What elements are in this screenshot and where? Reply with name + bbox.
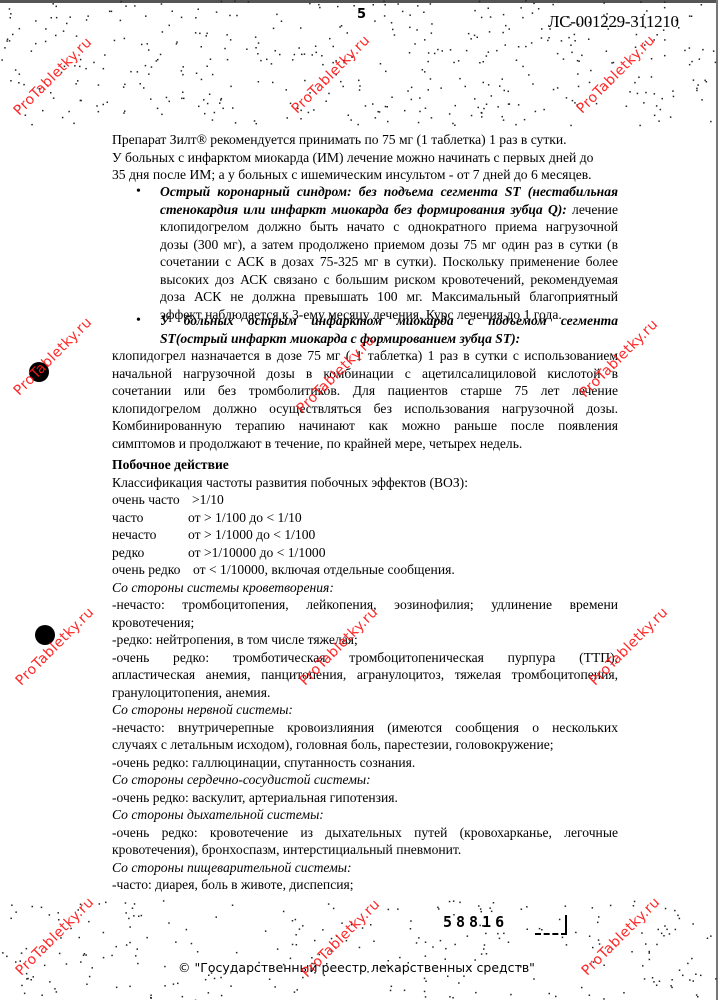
frequency-row: очень часто>1/10 <box>112 491 618 509</box>
watermark-text: ProTabletky.ru <box>11 314 96 399</box>
stemi-line: начальной нагрузочной дозы в комбинации … <box>112 365 618 383</box>
frequency-row: нечастоот > 1/1000 до < 1/100 <box>112 526 618 544</box>
effect-line: -очень редко: васкулит, артериальная гип… <box>112 789 618 807</box>
bullet-title: У больных острым инфарктом миокарда с по… <box>160 312 618 330</box>
frequency-value: от < 1/10000, включая отдельные сообщени… <box>193 561 455 579</box>
stemi-line: клопидогрелом должно осуществляться без … <box>112 400 618 418</box>
frequency-row: частоот > 1/100 до < 1/10 <box>112 509 618 527</box>
frequency-label: очень часто <box>112 491 192 509</box>
bullet-text: доза АСК не должна превышать 100 мг. Мак… <box>160 288 618 306</box>
frequency-table: очень часто>1/10частоот > 1/100 до < 1/1… <box>112 491 618 579</box>
section-heading: Побочное действие <box>112 456 618 474</box>
bullet-acs-no-st: • Острый коронарный синдром: без подъема… <box>160 183 618 323</box>
frequency-label: часто <box>112 509 188 527</box>
effect-line: -очень редко: кровотечение из дыхательны… <box>112 824 618 842</box>
bullet-title: стенокардия или инфаркт миокарда без фор… <box>160 202 567 217</box>
registration-number: ЛС-001229-311210 <box>548 12 679 32</box>
stamp-number: 58816 <box>443 913 508 931</box>
effect-line: апластическая анемия, панцитопения, агра… <box>112 666 618 684</box>
intro-line: У больных с инфарктом миокарда (ИМ) лече… <box>112 149 618 167</box>
effect-line: случаях с летальным исходом), головная б… <box>112 736 618 754</box>
bullet-title: ST(острый инфаркт миокарда с формировани… <box>160 330 618 348</box>
side-effects-section: Побочное действие Классификация частоты … <box>112 456 618 894</box>
effect-line: кровотечения), бронхоспазм, интерстициал… <box>112 841 618 859</box>
bullet-text: клопидогрелом должно быть начато с однок… <box>160 218 618 236</box>
frequency-label: редко <box>112 544 188 562</box>
stemi-text: клопидогрел назначается в дозе 75 мг ( 1… <box>112 347 618 452</box>
effect-line: -нечасто: внутричерепные кровоизлияния (… <box>112 719 618 737</box>
frequency-value: от > 1/1000 до < 1/100 <box>188 526 315 544</box>
scan-edge-top <box>0 0 718 3</box>
bullet-text: лечение <box>567 202 618 217</box>
subsection-heading-nervous: Со стороны нервной системы: <box>112 701 618 719</box>
intro-line: Препарат Зилт® рекомендуется принимать п… <box>112 131 618 149</box>
footer-copyright: © "Государственный реестр лекарственных … <box>178 960 535 975</box>
frequency-row: редкоот >1/10000 до < 1/1000 <box>112 544 618 562</box>
digestive-effects: -часто: диарея, боль в животе, диспепсия… <box>112 876 618 894</box>
watermark-text: ProTabletky.ru <box>11 34 96 119</box>
watermark-text: ProTabletky.ru <box>13 894 98 979</box>
frequency-value: от >1/10000 до < 1/1000 <box>188 544 326 562</box>
watermark-text: ProTabletky.ru <box>574 32 659 117</box>
bullet-icon: • <box>136 183 141 201</box>
page-number: 5 <box>357 7 366 22</box>
stamp-mark <box>535 925 567 935</box>
frequency-value: от > 1/100 до < 1/10 <box>188 509 302 527</box>
document-page: 5 ЛС-001229-311210 Препарат Зилт® рекоме… <box>0 0 718 1000</box>
frequency-value: >1/10 <box>192 491 224 509</box>
stemi-line: Комбинированную терапию начинают как мож… <box>112 417 618 435</box>
subsection-heading-digestive: Со стороны пищеварительной системы: <box>112 859 618 877</box>
bullet-title: Острый коронарный синдром: без подъема с… <box>160 183 618 201</box>
subsection-heading-blood: Со стороны системы кроветворения: <box>112 579 618 597</box>
watermark-text: ProTabletky.ru <box>289 32 374 117</box>
effect-line: -очень редко: тромботическая тромбоцитоп… <box>112 649 618 667</box>
bullet-stemi: • У больных острым инфарктом миокарда с … <box>160 312 618 347</box>
watermark-text: ProTabletky.ru <box>579 894 664 979</box>
bullet-icon: • <box>136 312 141 330</box>
respiratory-effects: -очень редко: кровотечение из дыхательны… <box>112 824 618 859</box>
stemi-line: симптомов и продолжают в течение, по кра… <box>112 435 618 453</box>
bullet-text: сочетании с АСК в дозах 75-325 мг в сутк… <box>160 253 618 271</box>
watermark-text: ProTabletky.ru <box>13 604 98 689</box>
bullet-text: высоких доз АСК связано с большим риском… <box>160 271 618 289</box>
nervous-effects: -нечасто: внутричерепные кровоизлияния (… <box>112 719 618 772</box>
frequency-label: нечасто <box>112 526 188 544</box>
effect-line: гранулоцитопения, анемия. <box>112 684 618 702</box>
intro-line: 35 дня после ИМ; а у больных с ишемическ… <box>112 166 618 184</box>
frequency-row: очень редкоот < 1/10000, включая отдельн… <box>112 561 618 579</box>
cardio-effects: -очень редко: васкулит, артериальная гип… <box>112 789 618 807</box>
subsection-heading-respiratory: Со стороны дыхательной системы: <box>112 806 618 824</box>
effect-line: -очень редко: галлюцинации, спутанность … <box>112 754 618 772</box>
subsection-heading-cardio: Со стороны сердечно-сосудистой системы: <box>112 771 618 789</box>
frequency-label: очень редко <box>112 561 193 579</box>
effect-line: -редко: нейтропения, в том числе тяжелая… <box>112 631 618 649</box>
effect-line: -часто: диарея, боль в животе, диспепсия… <box>112 876 618 894</box>
stemi-line: сочетании или без тромболитиков. Для пац… <box>112 382 618 400</box>
classification-text: Классификация частоты развития побочных … <box>112 474 618 492</box>
stamp-mark <box>565 915 567 933</box>
bullet-text: дозы (300 мг), а затем продолжено приемо… <box>160 236 618 254</box>
dosage-intro: Препарат Зилт® рекомендуется принимать п… <box>112 131 618 184</box>
